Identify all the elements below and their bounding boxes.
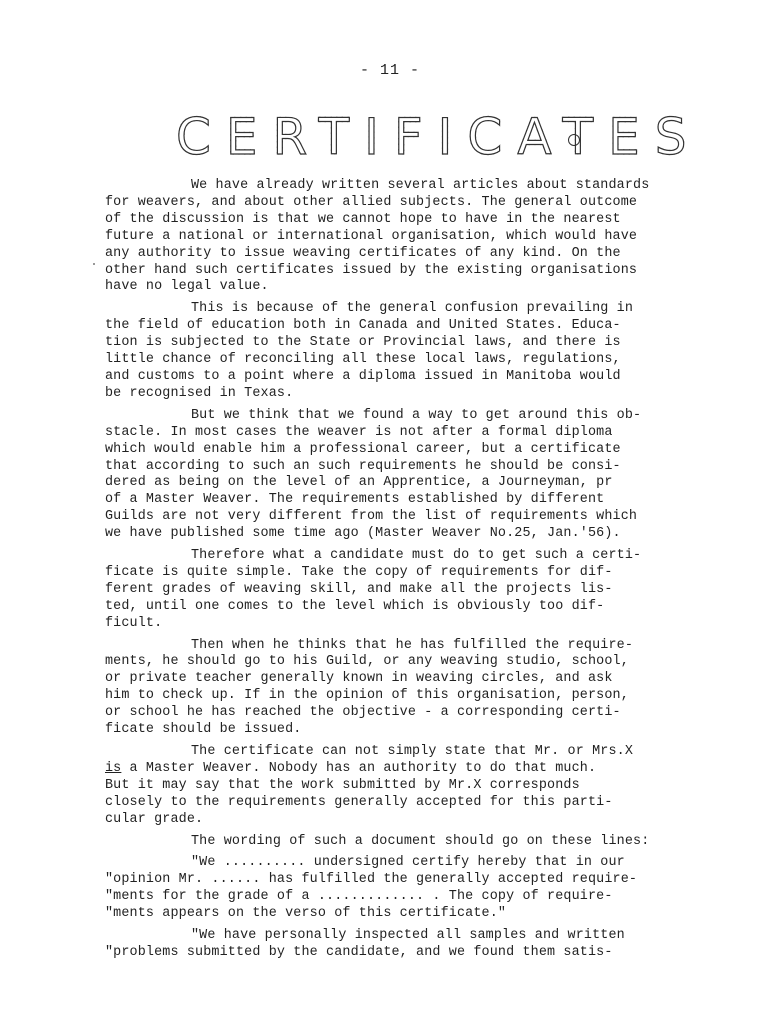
text-line: which would enable him a professional ca… [105,442,685,459]
text-line: ferent grades of weaving skill, and make… [105,582,685,599]
text-line: or school he has reached the objective -… [105,705,685,722]
article-body: We have already written several articles… [105,178,685,967]
text-line: be recognised in Texas. [105,386,685,403]
text-line: dered as being on the level of an Appren… [105,475,685,492]
text-line: "We have personally inspected all sample… [105,928,685,945]
text-line: ficate is quite simple. Take the copy of… [105,565,685,582]
text-line: of the discussion is that we cannot hope… [105,212,685,229]
paragraph: But we think that we found a way to get … [105,408,685,543]
paragraph: "We .......... undersigned certify hereb… [105,855,685,923]
text-line: that according to such an such requireme… [105,459,685,476]
text-line: for weavers, and about other allied subj… [105,195,685,212]
text-line: tion is subjected to the State or Provin… [105,335,685,352]
page-title: CERTIFICATES [176,108,702,166]
text-line: ments, he should go to his Guild, or any… [105,654,685,671]
text-line: little chance of reconciling all these l… [105,352,685,369]
text-line: other hand such certificates issued by t… [105,263,685,280]
paragraph: This is because of the general confusion… [105,301,685,402]
text-line: him to check up. If in the opinion of th… [105,688,685,705]
text-line: "We .......... undersigned certify hereb… [105,855,685,872]
text-line: "ments for the grade of a ............. … [105,889,685,906]
text-line: future a national or international organ… [105,229,685,246]
paragraph: Then when he thinks that he has fulfille… [105,638,685,739]
paragraph: Therefore what a candidate must do to ge… [105,548,685,633]
text-line: The wording of such a document should go… [105,834,685,851]
text-line: Therefore what a candidate must do to ge… [105,548,685,565]
text-line: This is because of the general confusion… [105,301,685,318]
text-line: closely to the requirements generally ac… [105,795,685,812]
text-line: or private teacher generally known in we… [105,671,685,688]
text-line: cular grade. [105,812,685,829]
title-ornament-icon [568,134,580,146]
scan-mark [93,263,95,265]
text-line: Then when he thinks that he has fulfille… [105,638,685,655]
text-line: of a Master Weaver. The requirements est… [105,492,685,509]
paragraph: We have already written several articles… [105,178,685,296]
paragraph: The certificate can not simply state tha… [105,744,685,829]
text-line: is a Master Weaver. Nobody has an author… [105,761,685,778]
paragraph: The wording of such a document should go… [105,834,685,851]
text-line: But it may say that the work submitted b… [105,778,685,795]
text-line: "ments appears on the verso of this cert… [105,906,685,923]
page-number: - 11 - [0,62,780,79]
text-line: any authority to issue weaving certifica… [105,246,685,263]
text-line: Guilds are not very different from the l… [105,509,685,526]
text-line: The certificate can not simply state tha… [105,744,685,761]
text-line: "opinion Mr. ...... has fulfilled the ge… [105,872,685,889]
text-line: ficult. [105,616,685,633]
text-line: have no legal value. [105,279,685,296]
text-line: stacle. In most cases the weaver is not … [105,425,685,442]
text-line: and customs to a point where a diploma i… [105,369,685,386]
paragraph: "We have personally inspected all sample… [105,928,685,962]
text-line: the field of education both in Canada an… [105,318,685,335]
emphasized-word: is [105,761,121,776]
text-line: We have already written several articles… [105,178,685,195]
text-line: we have published some time ago (Master … [105,526,685,543]
text-line: "problems submitted by the candidate, an… [105,945,685,962]
text-line: ted, until one comes to the level which … [105,599,685,616]
text-line: But we think that we found a way to get … [105,408,685,425]
text-line: ficate should be issued. [105,722,685,739]
